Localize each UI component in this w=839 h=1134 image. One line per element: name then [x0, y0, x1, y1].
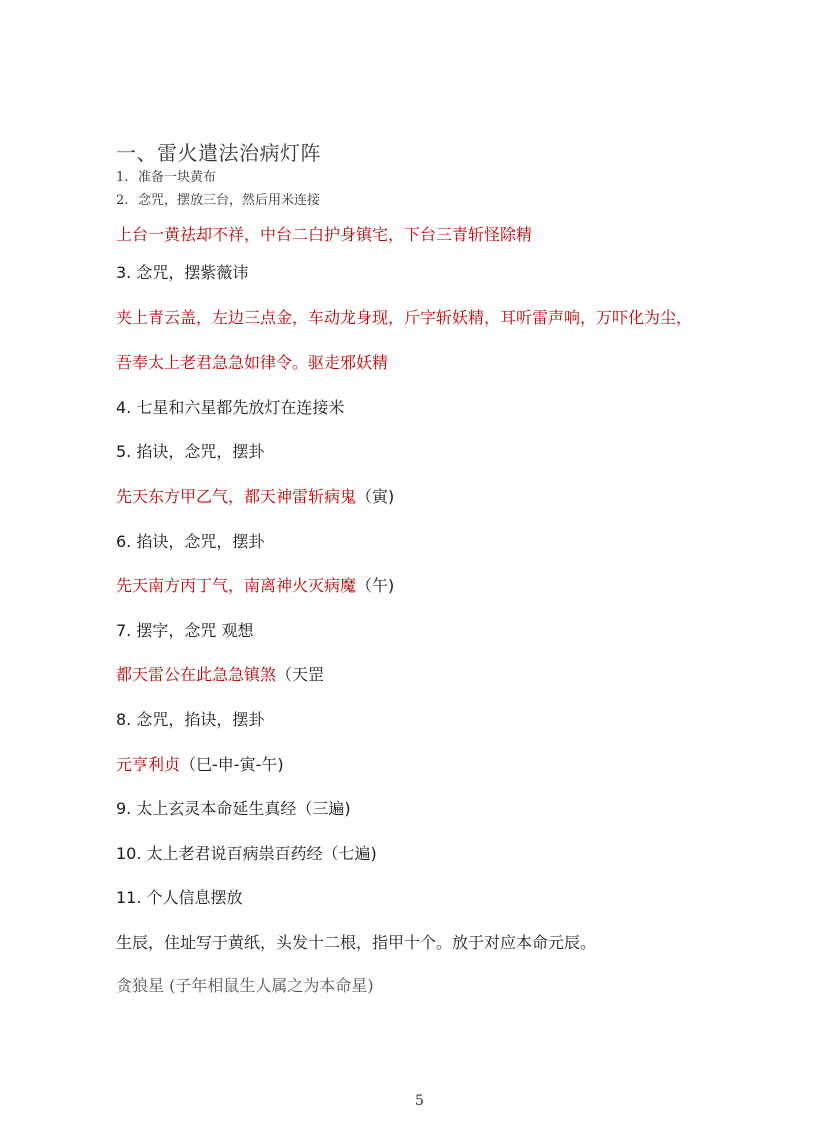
- red-text: 元亨利贞: [116, 755, 180, 774]
- incantation-line-2b: 吾奉太上老君急急如律令。驱走邪妖精: [116, 355, 388, 371]
- red-text: 夹上青云盖，左边三点金，车动龙身现，斤字斩妖精，耳听雷声响，万吓化为尘，: [116, 308, 692, 327]
- footer-note: 贪狼星 (子年相鼠生人属之为本命星): [116, 978, 374, 994]
- step-text: 11. 个人信息摆放: [116, 888, 243, 907]
- step-11: 11. 个人信息摆放: [116, 890, 243, 906]
- step-10: 10. 太上老君说百病祟百药经（七遍): [116, 846, 377, 862]
- list-text: 准备一块黄布: [138, 170, 216, 185]
- small-list-item-2: 2.念咒，摆放三台，然后用米连接: [116, 194, 320, 207]
- red-text: 吾奉太上老君急急如律令。驱走邪妖精: [116, 353, 388, 372]
- incantation-line-3: 先天东方甲乙气，都天神雷斩病鬼（寅): [116, 489, 394, 505]
- incantation-line-4: 先天南方丙丁气，南离神火灭病魔（午): [116, 578, 394, 594]
- step-text: 6. 掐诀，念咒，摆卦: [116, 532, 264, 551]
- red-text: 先天南方丙丁气，南离神火灭病魔: [116, 576, 356, 595]
- step-text: 8. 念咒，掐诀，摆卦: [116, 710, 264, 729]
- step-5: 5. 掐诀，念咒，摆卦: [116, 444, 264, 460]
- incantation-line-5: 都天雷公在此急急镇煞（天罡: [116, 667, 324, 683]
- list-number: 2.: [116, 194, 138, 207]
- black-text: （寅): [356, 487, 394, 506]
- info-line: 生辰，住址写于黄纸，头发十二根，指甲十个。放于对应本命元辰。: [116, 935, 596, 951]
- red-text: 都天雷公在此急急镇煞: [116, 665, 276, 684]
- incantation-line-6: 元亨利贞（巳-申-寅-午): [116, 757, 284, 773]
- step-text: 10. 太上老君说百病祟百药经（七遍): [116, 844, 377, 863]
- document-page: 一、雷火遣法治病灯阵 1.准备一块黄布 2.念咒，摆放三台，然后用米连接 上台一…: [0, 0, 839, 1134]
- page-number: 5: [0, 1093, 839, 1109]
- black-text: （天罡: [276, 665, 324, 684]
- step-4: 4. 七星和六星都先放灯在连接米: [116, 400, 344, 416]
- step-7: 7. 摆字，念咒 观想: [116, 623, 253, 639]
- step-9: 9. 太上玄灵本命延生真经（三遍): [116, 801, 351, 817]
- list-number: 1.: [116, 171, 138, 184]
- black-text: （午): [356, 576, 394, 595]
- step-text: 4. 七星和六星都先放灯在连接米: [116, 398, 344, 417]
- info-text: 生辰，住址写于黄纸，头发十二根，指甲十个。放于对应本命元辰。: [116, 933, 596, 952]
- step-3: 3. 念咒，摆紫薇讳: [116, 265, 248, 281]
- step-text: 9. 太上玄灵本命延生真经（三遍): [116, 799, 351, 818]
- small-list-item-1: 1.准备一块黄布: [116, 171, 216, 184]
- section-heading: 一、雷火遣法治病灯阵: [116, 143, 321, 163]
- list-text: 念咒，摆放三台，然后用米连接: [138, 193, 320, 208]
- step-6: 6. 掐诀，念咒，摆卦: [116, 534, 264, 550]
- incantation-line-1: 上台一黄祛却不祥，中台二白护身镇宅，下台三青斩怪除精: [116, 227, 532, 243]
- step-text: 5. 掐诀，念咒，摆卦: [116, 442, 264, 461]
- red-text: 上台一黄祛却不祥，中台二白护身镇宅，下台三青斩怪除精: [116, 225, 532, 244]
- red-text: 先天东方甲乙气，都天神雷斩病鬼: [116, 487, 356, 506]
- step-8: 8. 念咒，掐诀，摆卦: [116, 712, 264, 728]
- incantation-line-2a: 夹上青云盖，左边三点金，车动龙身现，斤字斩妖精，耳听雷声响，万吓化为尘，: [116, 310, 692, 326]
- black-text: （巳-申-寅-午): [180, 755, 284, 774]
- step-text: 7. 摆字，念咒 观想: [116, 621, 253, 640]
- step-text: 3. 念咒，摆紫薇讳: [116, 263, 248, 282]
